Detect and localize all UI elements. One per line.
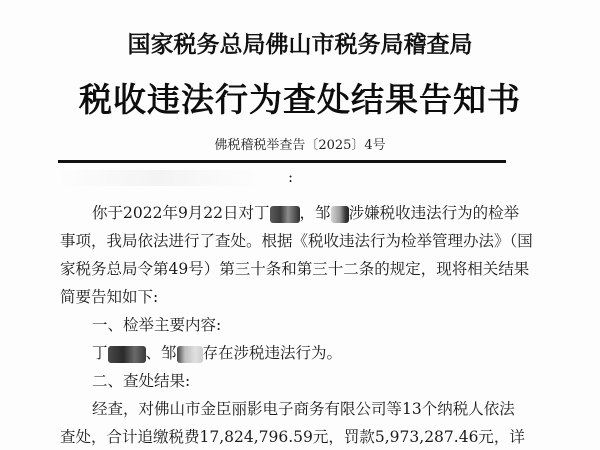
issuing-authority-title: 国家税务总局佛山市税务局稽查局 — [0, 26, 600, 59]
section-1-heading: 一、检举主要内容: — [60, 311, 530, 339]
redacted-name-1 — [270, 206, 300, 223]
paragraph-1-line-2: 事项，我局依法进行了查处。根据《税收违法行为检举管理办法》（国 — [60, 227, 530, 255]
header-divider — [58, 160, 506, 163]
paragraph-1-line-3: 家税务总局令第49号）第三十条和第三十二条的规定，现将相关结果 — [60, 255, 530, 283]
text-segment: ，邹 — [300, 204, 331, 222]
paragraph-2-line-2: 查处，合计追缴税费17,824,796.59元，罚款5,973,287.46元，… — [60, 423, 530, 450]
addressee-colon: : — [288, 168, 293, 186]
redacted-name-2 — [331, 206, 349, 223]
document-title: 税收违法行为查处结果告知书 — [0, 74, 600, 121]
redacted-addressee — [58, 170, 258, 186]
redacted-name-2 — [177, 346, 203, 363]
section-2-heading: 二、查处结果: — [60, 367, 530, 395]
paragraph-2-line-1: 经查，对佛山市金臣丽影电子商务有限公司等13个纳税人依法 — [60, 395, 530, 423]
document-number: 佛税稽税举查告〔2025〕4号 — [0, 134, 600, 153]
section-1-content: 丁、邹存在涉税违法行为。 — [60, 339, 530, 367]
text-segment: 丁 — [92, 344, 108, 362]
text-segment: 你于2022年9月22日对丁 — [92, 204, 270, 222]
text-segment: 涉嫌税收违法行为的检举 — [349, 204, 520, 222]
redacted-name-1 — [108, 346, 146, 363]
text-segment: 、邹 — [146, 344, 177, 362]
addressee-line: : — [58, 168, 278, 190]
notice-document: 国家税务总局佛山市税务局稽查局 税收违法行为查处结果告知书 佛税稽税举查告〔20… — [0, 0, 600, 450]
paragraph-1-line-1: 你于2022年9月22日对丁，邹涉嫌税收违法行为的检举 — [60, 199, 530, 227]
paragraph-1-line-4: 简要告知如下: — [60, 283, 530, 311]
notice-body: 你于2022年9月22日对丁，邹涉嫌税收违法行为的检举 事项，我局依法进行了查处… — [60, 199, 530, 450]
text-segment: 存在涉税违法行为。 — [203, 344, 343, 362]
